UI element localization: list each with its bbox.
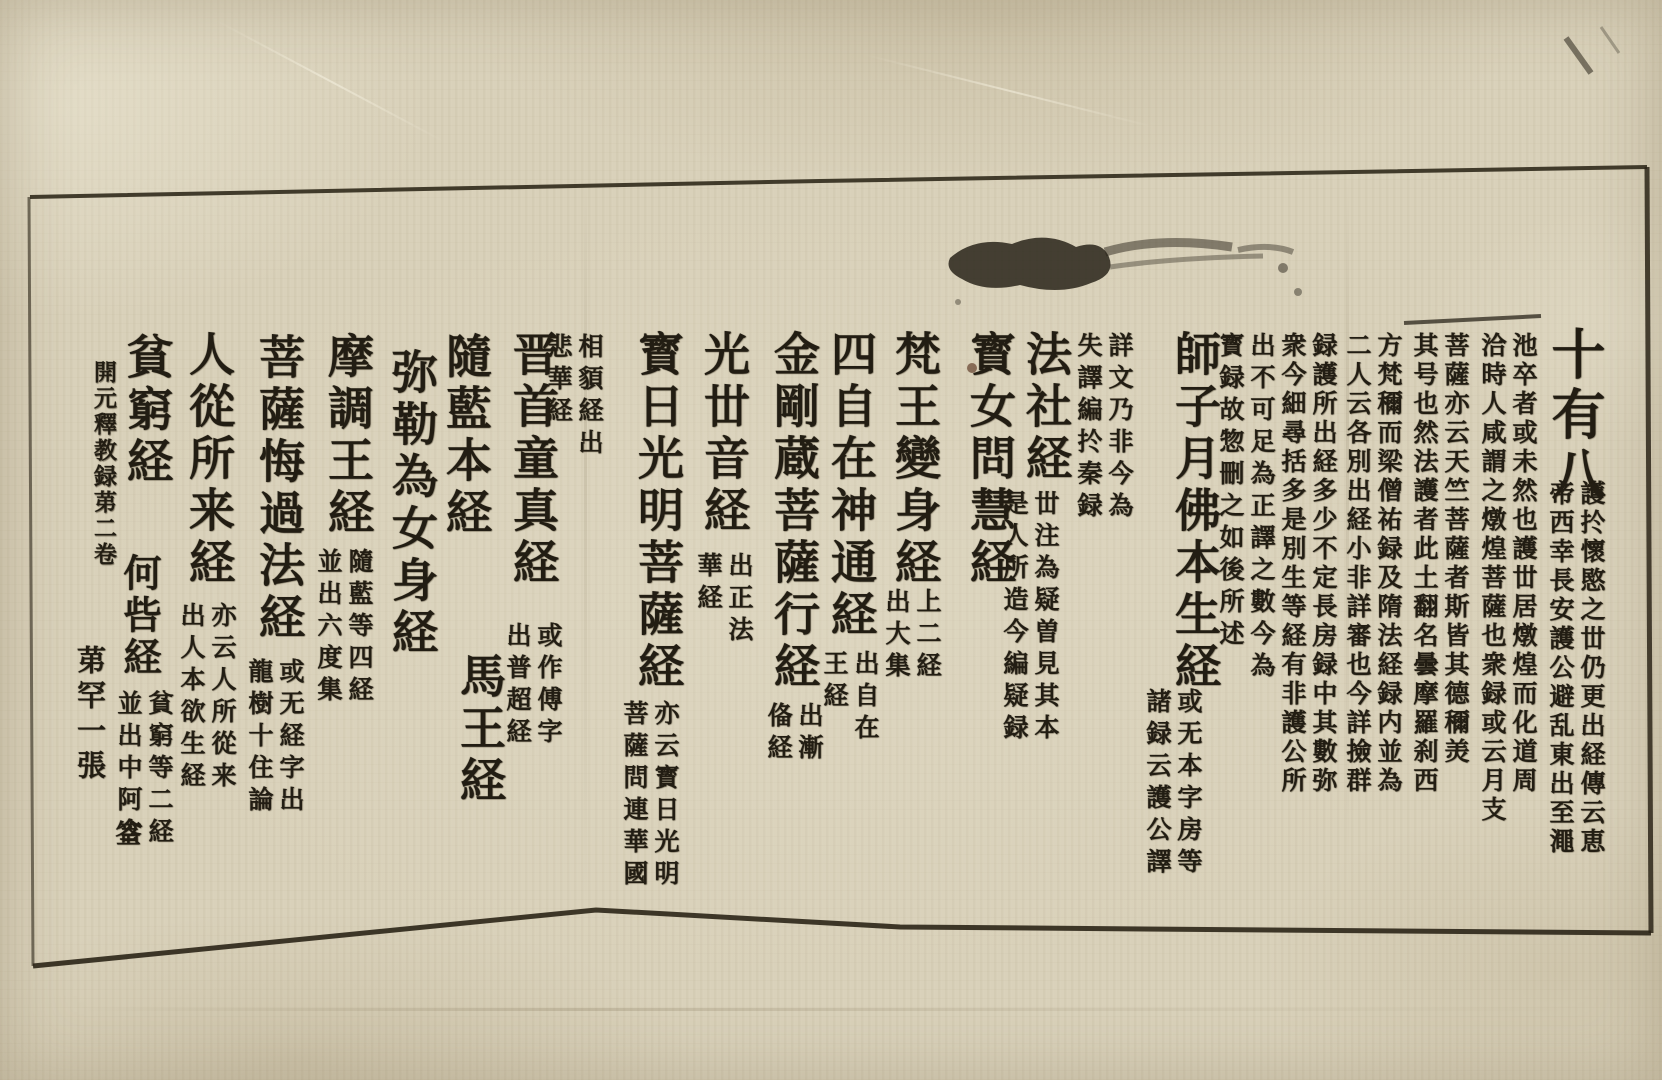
ink-smudge-streak (1238, 247, 1293, 252)
note-left-column: 王経 (822, 650, 847, 746)
note-right-column: 或无本字房等 (1176, 688, 1201, 880)
note-right-column: 出漸 (797, 702, 822, 766)
note-right-column: 池卒者或未然也護丗居燉煌而化道周 (1511, 332, 1536, 825)
note-right-column: 丗注為疑曽見其本 (1033, 490, 1058, 746)
interlinear-note: 方梵穪而梁僧祐録及隋法経録内並為二人云各別出経小非詳審也今詳撿群 (1345, 332, 1401, 796)
frame-top-rule (30, 167, 1647, 197)
note-right-column: 出不可足為正譯之數今為 (1249, 332, 1274, 684)
note-left-column: 其号也然法護者此土翻名曇摩羅刹西 (1412, 332, 1437, 796)
note-right-column: 或作傅字 (536, 622, 561, 750)
frame-left-rule (29, 197, 33, 966)
ink-speck (955, 299, 961, 305)
note-left-column: 出大集 (884, 588, 909, 684)
note-left-column: 帝西幸長安護公避乱東出至澠 (1548, 480, 1573, 857)
ink-smudge-streak (1110, 256, 1263, 267)
interlinear-note: 出漸俻経 (766, 702, 822, 766)
note-right-column: 詳文乃非今為 (1107, 332, 1132, 524)
sutra-title: 菩薩悔過法経 (256, 333, 302, 645)
sutra-title: 人從所来経 (186, 330, 232, 590)
note-left-column: 菩薩問連華國 (622, 700, 647, 892)
sutra-title: 法社経 (1023, 330, 1069, 486)
ink-speck (1294, 288, 1302, 296)
note-left-column: 出人本欲生経 (179, 602, 204, 794)
interlinear-note: 護扵懷愍之丗仍更出経傳云恵帝西幸長安護公避乱東出至澠 (1548, 480, 1604, 857)
interlinear-note: 出不可足為正譯之數今為寳録故惣刪之如後所述 (1218, 332, 1274, 684)
sutra-title: 摩調王経 (325, 332, 371, 540)
note-left-column: 華経 (696, 552, 721, 648)
sutra-title: 寳女問慧経 (967, 330, 1013, 590)
ink-smudge-streak (1105, 243, 1232, 252)
corner-ink-mark (1566, 38, 1591, 73)
note-right-column: 方梵穪而梁僧祐録及隋法経録内並為 (1376, 332, 1401, 796)
note-left-column: 二人云各別出経小非詳審也今詳撿群 (1345, 332, 1370, 796)
stray-rule-mark (1404, 316, 1541, 323)
sutra-title: 弥勒為女身経 (389, 348, 435, 660)
note-right-column: 亦云寳日光明 (653, 700, 678, 892)
sutra-title: 梵王變身経 (892, 330, 938, 590)
ink-smudge (949, 238, 1111, 290)
sutra-title: 晋首童真経 (510, 330, 556, 590)
scanned-document-page: 十有八護扵懷愍之丗仍更出経傳云恵帝西幸長安護公避乱東出至澠池卒者或未然也護丗居燉… (0, 0, 1662, 1080)
note-right-column: 菩薩亦云天竺菩薩者斯皆其德穪羙 (1443, 332, 1468, 796)
note-left-column: 失譯編扵秦録 (1076, 332, 1101, 524)
sutra-title: 馬王経 (457, 652, 503, 808)
note-right-column: 録護所出経多少不定長房録中其數弥 (1311, 332, 1336, 796)
note-right-column: 隨藍等四経 (347, 548, 372, 708)
interlinear-note: 上二経出大集 (884, 588, 940, 684)
note-left-column: 並出六度集 (316, 548, 341, 708)
interlinear-note: 菩薩亦云天竺菩薩者斯皆其德穪羙其号也然法護者此土翻名曇摩羅刹西 (1412, 332, 1468, 796)
interlinear-note: 録護所出経多少不定長房録中其數弥衆今細尋括多是別生等経有非護公所 (1280, 332, 1336, 796)
note-left-column: 衆今細尋括多是別生等経有非護公所 (1280, 332, 1305, 796)
sutra-title: 金剛蔵菩薩行経 (771, 330, 817, 694)
interlinear-note: 或无経字出龍樹十住論 (247, 658, 303, 818)
paper-crease (584, 175, 587, 915)
interlinear-note: 亦云寳日光明菩薩問連華國 (622, 700, 678, 892)
interlinear-note: 池卒者或未然也護丗居燉煌而化道周洽時人咸謂之燉煌菩薩也衆録或云月支 (1480, 332, 1536, 825)
note-left-column: 諸録云護公譯 (1145, 688, 1170, 880)
sutra-title: 何呰経 (120, 553, 158, 679)
fascicle-colophon: 開元釋教録苐二卷 (92, 360, 115, 568)
ink-speck (1278, 263, 1288, 273)
frame-right-rule (1647, 167, 1651, 933)
note-right-column: 護扵懷愍之丗仍更出経傳云恵 (1579, 480, 1604, 857)
paper-crease (80, 1008, 1580, 1011)
sutra-title: 光丗音経 (701, 330, 747, 538)
section-heading: 十有八 (1548, 326, 1602, 506)
note-right-column: 上二経 (915, 588, 940, 684)
frame-bottom-rule (33, 910, 1651, 966)
interlinear-note: 出正法華経 (696, 552, 752, 648)
note-right-column: 出自在 (853, 650, 878, 746)
sutra-title: 四自在神通経 (828, 330, 874, 642)
note-right-column: 貧窮等二経 (147, 690, 172, 850)
note-left-column: 洽時人咸謂之燉煌菩薩也衆録或云月支 (1480, 332, 1505, 825)
collator-mark: 筌 (113, 820, 139, 846)
sutra-title: 寳日光明菩薩経 (635, 330, 681, 694)
interlinear-note: 隨藍等四経並出六度集 (316, 548, 372, 708)
note-right-column: 相䫉経出 (577, 333, 602, 461)
note-left-column: 出普超経 (505, 622, 530, 750)
interlinear-note: 出自在王経 (822, 650, 878, 746)
sheet-number: 苐罕一張 (75, 645, 104, 785)
interlinear-note: 詳文乃非今為失譯編扵秦録 (1076, 332, 1132, 524)
sutra-title: 貧窮経 (124, 333, 170, 489)
interlinear-note: 或作傅字出普超経 (505, 622, 561, 750)
interlinear-note: 亦云人所從来出人本欲生経 (179, 602, 235, 794)
corner-ink-mark (1601, 27, 1619, 53)
note-right-column: 出正法 (727, 552, 752, 648)
sutra-title: 隨藍本経 (443, 332, 489, 540)
sutra-title: 師子月佛本生経 (1172, 330, 1218, 694)
note-left-column: 龍樹十住論 (247, 658, 272, 818)
note-right-column: 亦云人所從来 (210, 602, 235, 794)
interlinear-note: 或无本字房等諸録云護公譯 (1145, 688, 1201, 880)
note-right-column: 或无経字出 (278, 658, 303, 818)
note-left-column: 俻経 (766, 702, 791, 766)
